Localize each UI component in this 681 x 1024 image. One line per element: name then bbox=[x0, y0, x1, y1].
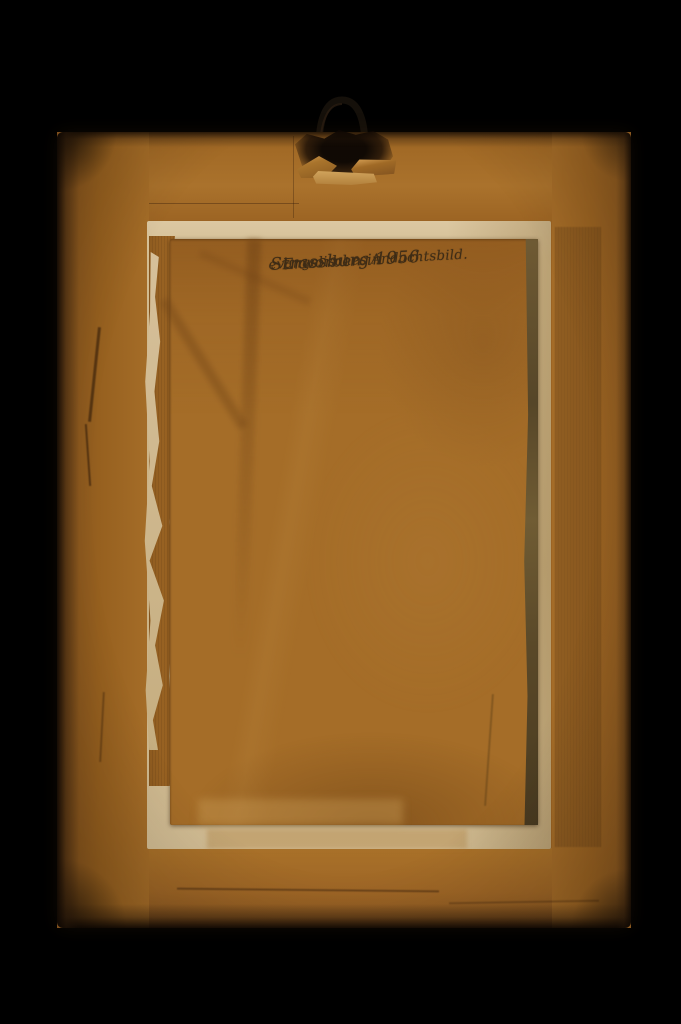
tape-shading-right bbox=[555, 227, 601, 847]
tape-crack bbox=[99, 692, 105, 762]
panel-light-patch bbox=[198, 799, 403, 825]
frame-back: Erworben in Strassburg 1956 evangelische… bbox=[57, 132, 631, 928]
tape-crack bbox=[88, 327, 101, 422]
tape-crack bbox=[449, 900, 599, 905]
mat-stain bbox=[207, 829, 467, 849]
tape-seam-vertical bbox=[293, 136, 294, 218]
photo-black-background: Erworben in Strassburg 1956 evangelische… bbox=[0, 0, 681, 1024]
kraft-tape-bottom bbox=[57, 848, 631, 928]
tape-seam-horizontal bbox=[149, 203, 299, 204]
tape-crack bbox=[85, 424, 91, 486]
backing-panel: Erworben in Strassburg 1956 evangelische… bbox=[170, 239, 538, 825]
tape-crack bbox=[177, 888, 439, 893]
panel-staining bbox=[170, 239, 538, 825]
kraft-tape-left bbox=[57, 132, 149, 928]
